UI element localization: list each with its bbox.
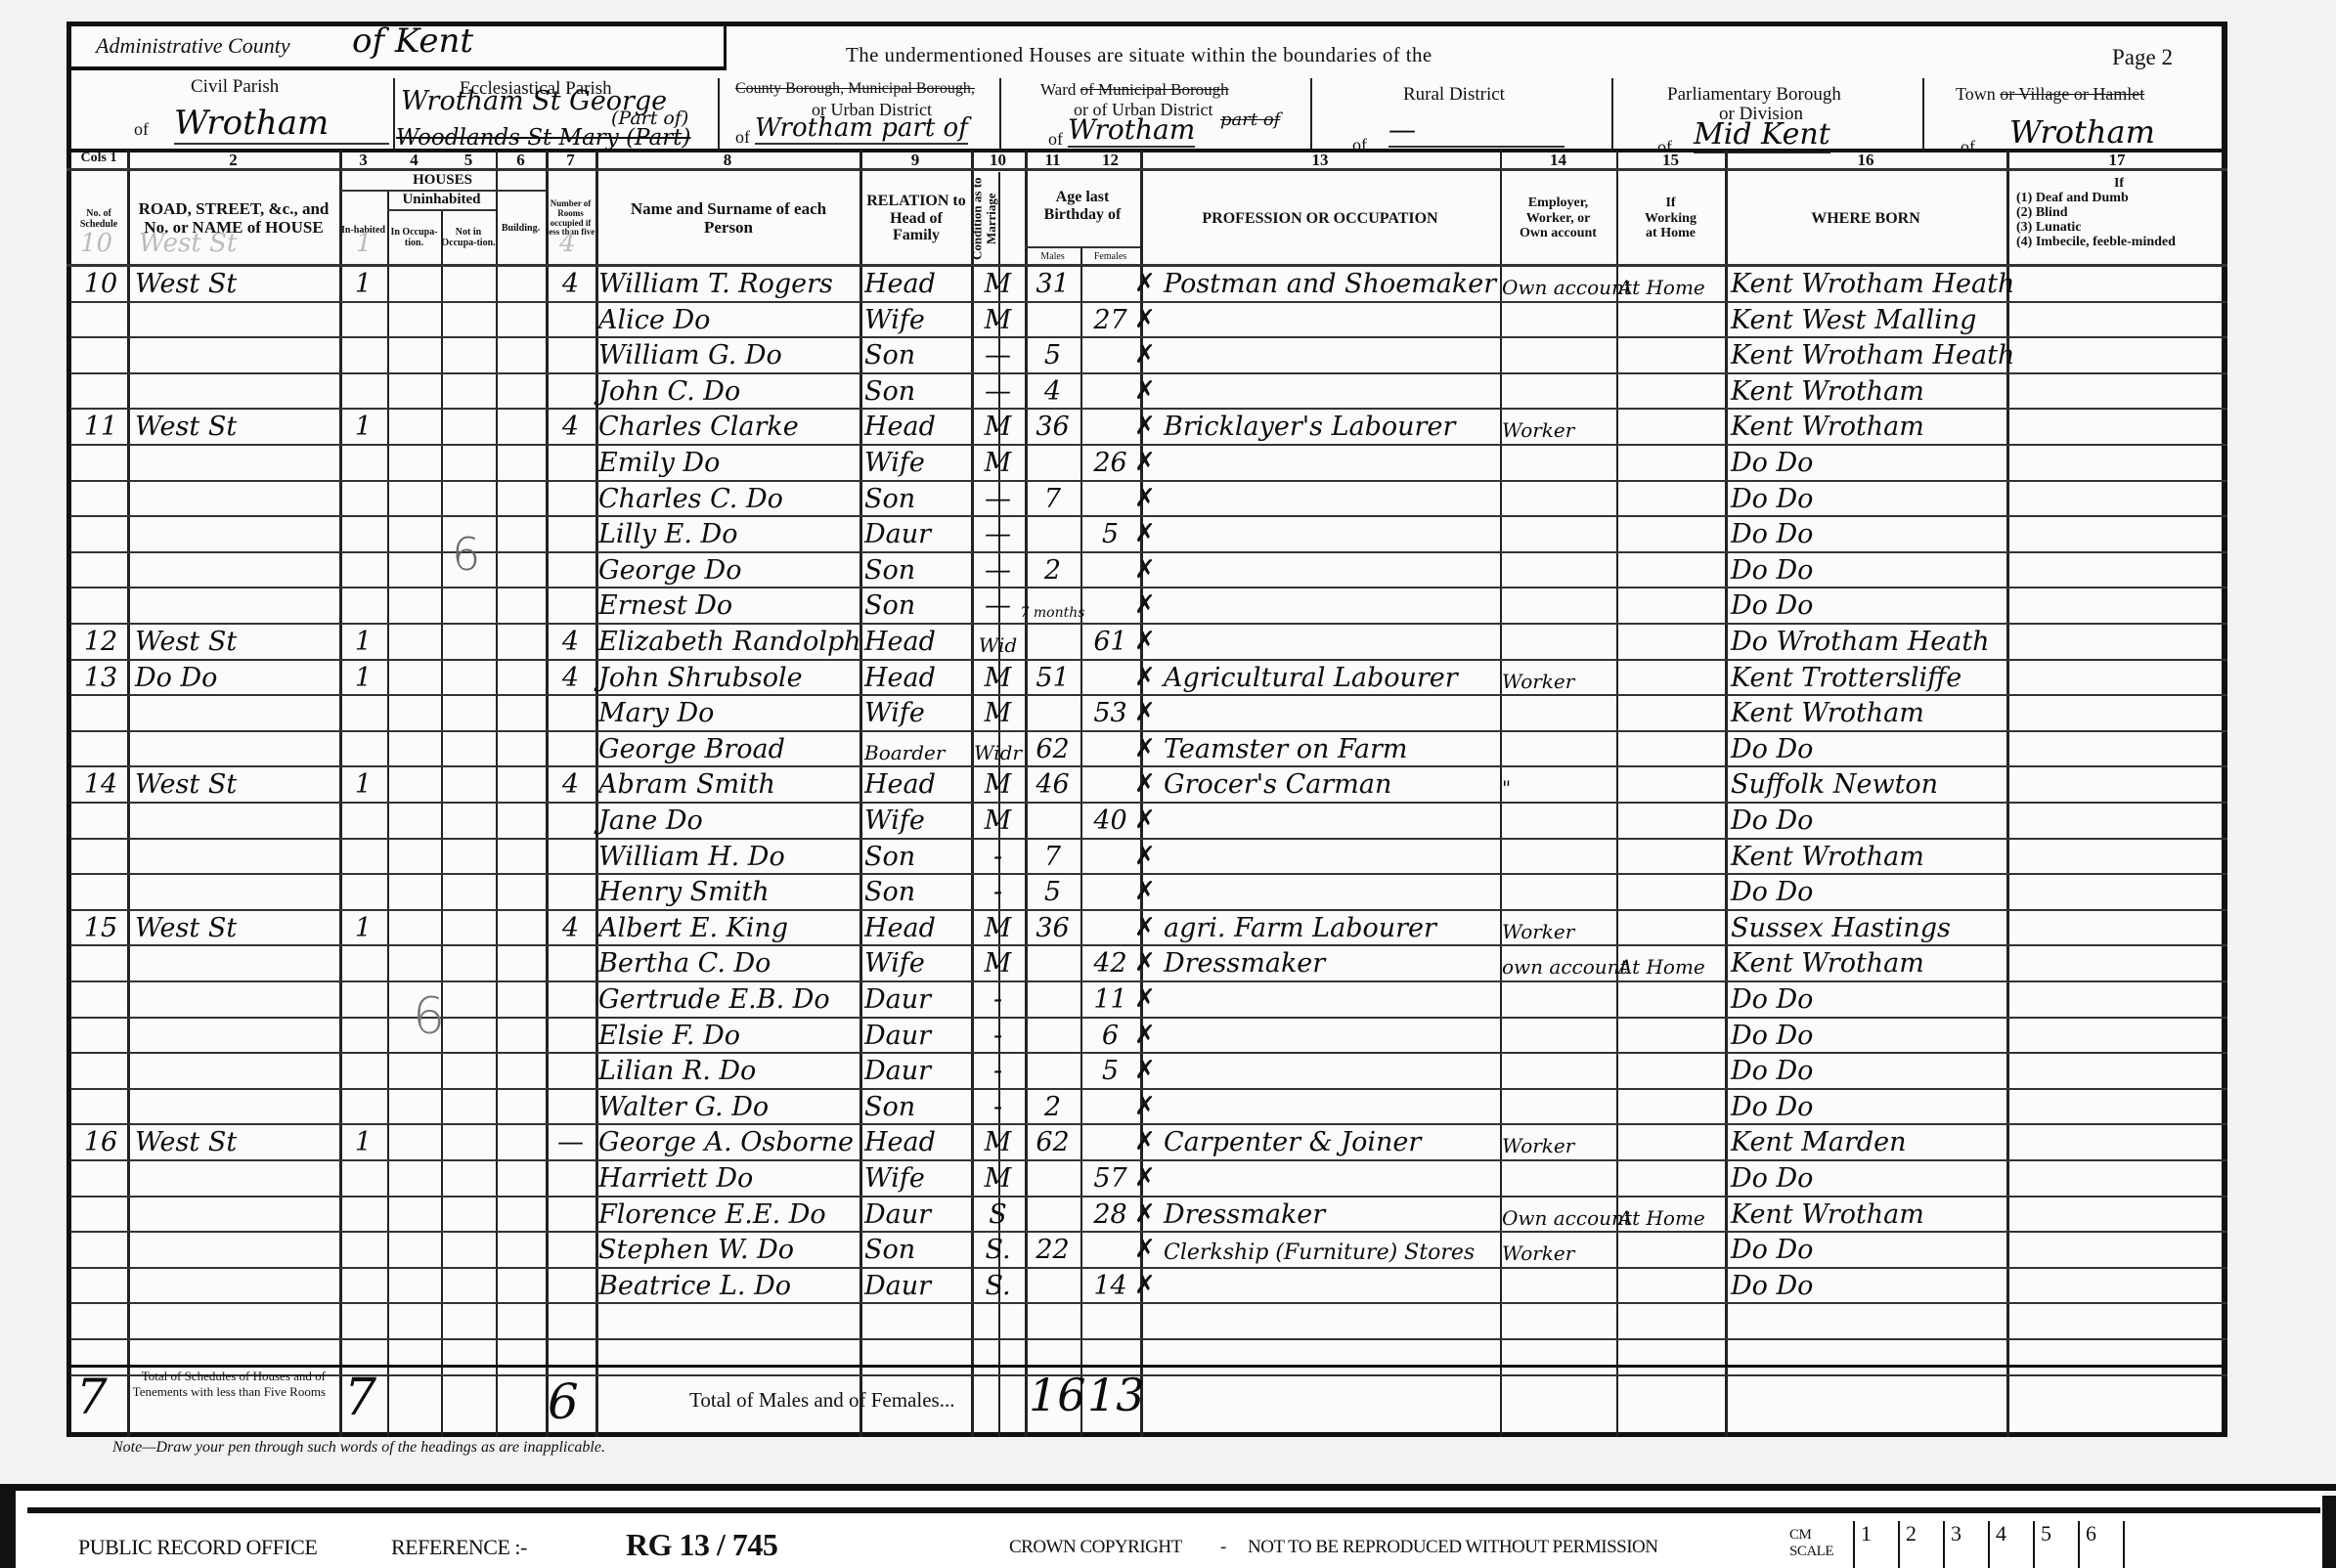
- relation-cell: Son: [864, 551, 972, 588]
- infirmity-3: (3) Lunatic: [2016, 220, 2222, 235]
- scale-tick: 2: [1898, 1521, 1941, 1568]
- road-cell: [135, 551, 335, 588]
- employer-cell: [1502, 730, 1619, 766]
- at-home-cell: [1618, 1267, 1726, 1303]
- where-born-cell: Kent West Malling: [1731, 301, 2006, 337]
- footer-permission: NOT TO BE REPRODUCED WITHOUT PERMISSION: [1248, 1537, 1657, 1558]
- condition-cell: M: [971, 1123, 1025, 1159]
- age-male-cell: 31: [1025, 265, 1080, 301]
- inhabited-cell: 1: [339, 1123, 387, 1159]
- where-born-cell: Kent Wrotham: [1731, 408, 2006, 444]
- inhabited-cell: [339, 1017, 387, 1053]
- name-cell: Lilly E. Do: [598, 515, 860, 551]
- employer-cell: [1502, 1159, 1619, 1196]
- where-born-cell: Kent Wrotham: [1731, 838, 2006, 874]
- tally-mark-icon: ✗: [1134, 484, 1156, 513]
- age-female-cell: [1080, 1231, 1140, 1267]
- road-cell: [135, 980, 335, 1017]
- inhabited-cell: [339, 444, 387, 480]
- relation-cell: Head: [864, 623, 972, 659]
- name-cell: William T. Rogers: [598, 265, 860, 301]
- rooms-cell: [546, 944, 595, 980]
- header-age: Age last Birthday of: [1025, 172, 1140, 240]
- tally-mark-icon: ✗: [1134, 984, 1156, 1014]
- tally-mark-icon: ✗: [1134, 1127, 1156, 1156]
- col-num-8: 8: [595, 151, 859, 168]
- col-num-7: 7: [546, 151, 595, 168]
- rooms-cell: [546, 301, 595, 337]
- relation-cell: Head: [864, 659, 972, 695]
- inhabited-cell: [339, 1159, 387, 1196]
- condition-cell: M: [971, 659, 1025, 695]
- rooms-cell: [546, 515, 595, 551]
- employer-cell: [1502, 1267, 1619, 1303]
- at-home-cell: [1618, 838, 1726, 874]
- employer-cell: [1502, 1088, 1619, 1124]
- schedule-cell: 11: [74, 408, 127, 444]
- totals-rooms-count: 6: [548, 1373, 579, 1430]
- tally-mark-icon: ✗: [1134, 698, 1156, 727]
- condition-cell: M: [971, 1159, 1025, 1196]
- at-home-cell: [1618, 873, 1726, 909]
- rooms-cell: [546, 694, 595, 730]
- divider: [999, 78, 1001, 151]
- scale-tick: 5: [2033, 1521, 2076, 1568]
- age-male-cell: [1025, 944, 1080, 980]
- at-home-cell: [1618, 623, 1726, 659]
- tally-mark-icon: ✗: [1134, 340, 1156, 370]
- relation-cell: Head: [864, 265, 972, 301]
- condition-cell: S.: [971, 1267, 1025, 1303]
- inhabited-cell: [339, 301, 387, 337]
- age-male-cell: 2: [1025, 1088, 1080, 1124]
- condition-cell: M: [971, 694, 1025, 730]
- occupation-cell: Carpenter & Joiner: [1164, 1123, 1496, 1159]
- where-born-cell: Do Do: [1731, 587, 2006, 623]
- tally-mark-icon: ✗: [1134, 1271, 1156, 1300]
- name-cell: Ernest Do: [598, 587, 860, 623]
- name-cell: John C. Do: [598, 372, 860, 409]
- relation-cell: Daur: [864, 1267, 972, 1303]
- ward-label-prefix: Ward: [1040, 80, 1076, 99]
- inhabited-cell: [339, 694, 387, 730]
- town-label: Town or Village or Hamlet: [1956, 84, 2144, 105]
- road-cell: [135, 515, 335, 551]
- footer-left-edge: [0, 1484, 16, 1568]
- name-cell: Florence E.E. Do: [598, 1196, 860, 1232]
- col-num-5: 5: [441, 151, 496, 168]
- scale-label: SCALE: [1789, 1544, 1833, 1560]
- rooms-cell: [546, 1159, 595, 1196]
- header-employer: Employer, Worker, or Own account: [1500, 172, 1616, 265]
- footer-bar-top: [0, 1484, 2336, 1491]
- condition-cell: M: [971, 802, 1025, 838]
- relation-cell: Son: [864, 873, 972, 909]
- condition-cell: M: [971, 408, 1025, 444]
- name-cell: Elizabeth Randolph: [598, 623, 860, 659]
- occupation-cell: [1164, 1267, 1496, 1303]
- name-cell: Mary Do: [598, 694, 860, 730]
- employer-cell: [1502, 551, 1619, 588]
- col-num-17: 17: [2006, 151, 2227, 168]
- employer-cell: Worker: [1502, 1231, 1619, 1267]
- employer-cell: Worker: [1502, 408, 1619, 444]
- note-inapplicable: Note—Draw your pen through such words of…: [112, 1439, 605, 1457]
- inhabited-cell: [339, 730, 387, 766]
- name-cell: Lilian R. Do: [598, 1052, 860, 1088]
- age-male-cell: [1025, 515, 1080, 551]
- condition-cell: M: [971, 265, 1025, 301]
- road-cell: [135, 802, 335, 838]
- footer-copyright: CROWN COPYRIGHT: [1009, 1537, 1182, 1558]
- tally-mark-icon: ✗: [1134, 1163, 1156, 1193]
- road-cell: [135, 873, 335, 909]
- rooms-cell: [546, 1088, 595, 1124]
- age-male-cell: [1025, 1017, 1080, 1053]
- divider: [393, 78, 395, 151]
- inhabited-cell: [339, 372, 387, 409]
- where-born-cell: Do Do: [1731, 515, 2006, 551]
- condition-cell: -: [971, 1088, 1025, 1124]
- schedule-cell: [74, 551, 127, 588]
- condition-cell: M: [971, 444, 1025, 480]
- tally-mark-icon: ✗: [1134, 1021, 1156, 1050]
- occupation-cell: [1164, 551, 1496, 588]
- occupation-cell: [1164, 480, 1496, 516]
- rule: [66, 168, 2227, 171]
- schedule-cell: [74, 838, 127, 874]
- divider: [1611, 78, 1613, 151]
- col-num-16: 16: [1725, 151, 2006, 168]
- relation-cell: Son: [864, 587, 972, 623]
- inhabited-cell: [339, 980, 387, 1017]
- where-born-cell: Kent Marden: [1731, 1123, 2006, 1159]
- scale-tick: 4: [1988, 1521, 2031, 1568]
- totals-females: 13: [1087, 1369, 1145, 1421]
- col-num-2: 2: [127, 151, 339, 168]
- col-num-9: 9: [859, 151, 971, 168]
- at-home-cell: [1618, 1123, 1726, 1159]
- ward-value: Wrotham: [1068, 113, 1195, 148]
- header-working-home: If Working at Home: [1616, 172, 1725, 265]
- tally-mark-icon: ✗: [1134, 448, 1156, 477]
- at-home-cell: [1618, 730, 1726, 766]
- tally-mark-icon: ✗: [1134, 519, 1156, 548]
- rooms-cell: 4: [546, 659, 595, 695]
- road-cell: [135, 336, 335, 372]
- relation-cell: Son: [864, 372, 972, 409]
- condition-cell: —: [971, 336, 1025, 372]
- schedule-cell: 12: [74, 623, 127, 659]
- col-num-1: Cols 1: [70, 151, 127, 168]
- employer-cell: Worker: [1502, 1123, 1619, 1159]
- header-infirmity: If (1) Deaf and Dumb (2) Blind (3) Lunat…: [2016, 176, 2222, 250]
- age-female-cell: 42: [1080, 944, 1140, 980]
- name-cell: William H. Do: [598, 838, 860, 874]
- footer-office: PUBLIC RECORD OFFICE: [78, 1535, 317, 1560]
- tally-mark-icon: ✗: [1134, 555, 1156, 585]
- road-cell: West St: [135, 909, 335, 945]
- occupation-cell: [1164, 301, 1496, 337]
- at-home-cell: At Home: [1618, 1196, 1726, 1232]
- road-cell: [135, 730, 335, 766]
- schedule-cell: 16: [74, 1123, 127, 1159]
- inhabited-cell: 1: [339, 408, 387, 444]
- where-born-cell: Kent Wrotham: [1731, 944, 2006, 980]
- name-cell: Bertha C. Do: [598, 944, 860, 980]
- inhabited-cell: [339, 515, 387, 551]
- at-home-cell: [1618, 659, 1726, 695]
- age-female-cell: [1080, 480, 1140, 516]
- employer-cell: [1502, 587, 1619, 623]
- condition-cell: -: [971, 873, 1025, 909]
- rural-district-value: —: [1388, 113, 1565, 148]
- name-cell: Alice Do: [598, 301, 860, 337]
- relation-cell: Head: [864, 408, 972, 444]
- totals-houses-count: 7: [344, 1369, 376, 1427]
- schedule-cell: [74, 980, 127, 1017]
- where-born-cell: Sussex Hastings: [1731, 909, 2006, 945]
- name-cell: George Do: [598, 551, 860, 588]
- relation-cell: Boarder: [864, 730, 972, 766]
- divider: [1310, 78, 1312, 151]
- employer-cell: [1502, 336, 1619, 372]
- schedule-cell: 14: [74, 765, 127, 802]
- age-male-cell: [1025, 444, 1080, 480]
- condition-cell: S.: [971, 1231, 1025, 1267]
- condition-cell: M: [971, 301, 1025, 337]
- footer-right-edge: [2322, 1496, 2336, 1568]
- tally-mark-icon: ✗: [1134, 1199, 1156, 1229]
- at-home-cell: [1618, 1159, 1726, 1196]
- rooms-cell: [546, 1052, 595, 1088]
- rooms-cell: 4: [546, 909, 595, 945]
- occupation-cell: [1164, 980, 1496, 1017]
- ward-label-struck: of Municipal Borough: [1080, 80, 1229, 99]
- age-female-cell: [1080, 265, 1140, 301]
- where-born-cell: Do Do: [1731, 1052, 2006, 1088]
- road-cell: [135, 301, 335, 337]
- rooms-cell: [546, 838, 595, 874]
- occupation-cell: Teamster on Farm: [1164, 730, 1496, 766]
- age-female-cell: [1080, 336, 1140, 372]
- where-born-cell: Do Do: [1731, 1267, 2006, 1303]
- age-female-cell: [1080, 659, 1140, 695]
- rooms-cell: —: [546, 1123, 595, 1159]
- tally-mark-icon: ✗: [1134, 734, 1156, 763]
- employer-cell: [1502, 694, 1619, 730]
- occupation-cell: Postman and Shoemaker: [1164, 265, 1496, 301]
- inhabited-cell: [339, 802, 387, 838]
- divider: [718, 78, 720, 151]
- ward-value-struck: part of: [1220, 109, 1280, 130]
- occupation-cell: [1164, 372, 1496, 409]
- occupation-cell: Grocer's Carman: [1164, 765, 1496, 802]
- occupation-cell: Agricultural Labourer: [1164, 659, 1496, 695]
- divider: [1922, 78, 1924, 151]
- at-home-cell: [1618, 1017, 1726, 1053]
- where-born-cell: Do Do: [1731, 1159, 2006, 1196]
- relation-cell: Son: [864, 838, 972, 874]
- inhabited-cell: [339, 1231, 387, 1267]
- schedule-cell: [74, 515, 127, 551]
- where-born-cell: Do Do: [1731, 1231, 2006, 1267]
- condition-cell: —: [971, 372, 1025, 409]
- occupation-cell: [1164, 1052, 1496, 1088]
- occupation-cell: [1164, 838, 1496, 874]
- age-female-cell: [1080, 873, 1140, 909]
- header-where-born: WHERE BORN: [1725, 172, 2006, 265]
- inhabited-cell: 1: [339, 265, 387, 301]
- col-num-4: 4: [387, 151, 441, 168]
- age-male-cell: 7: [1025, 480, 1080, 516]
- rooms-cell: [546, 551, 595, 588]
- rooms-cell: [546, 480, 595, 516]
- age-male-cell: 5: [1025, 336, 1080, 372]
- rooms-cell: [546, 802, 595, 838]
- employer-cell: [1502, 838, 1619, 874]
- scale-end: [2123, 1521, 2166, 1568]
- age-female-cell: [1080, 372, 1140, 409]
- relation-cell: Wife: [864, 1159, 972, 1196]
- road-cell: [135, 1052, 335, 1088]
- age-male-cell: 62: [1025, 730, 1080, 766]
- urban-district-value: Wrotham part of: [755, 113, 968, 145]
- age-female-cell: [1080, 1123, 1140, 1159]
- name-cell: Albert E. King: [598, 909, 860, 945]
- rooms-cell: [546, 336, 595, 372]
- at-home-cell: [1618, 444, 1726, 480]
- age-female-cell: 11: [1080, 980, 1140, 1017]
- occupation-cell: [1164, 444, 1496, 480]
- age-male-cell: 22: [1025, 1231, 1080, 1267]
- where-born-cell: Do Do: [1731, 1017, 2006, 1053]
- col-num-11: 11: [1025, 151, 1080, 168]
- infirmity-4: (4) Imbecile, feeble-minded: [2016, 235, 2222, 249]
- pencil-mark-6: 6: [452, 528, 480, 581]
- civil-parish-of: of: [134, 119, 149, 140]
- where-born-cell: Kent Wrotham: [1731, 694, 2006, 730]
- relation-cell: Wife: [864, 802, 972, 838]
- age-male-cell: 36: [1025, 408, 1080, 444]
- condition-cell: Wid: [971, 623, 1025, 659]
- totals-schedules-count: 7: [76, 1369, 108, 1425]
- name-cell: Emily Do: [598, 444, 860, 480]
- age-female-cell: [1080, 730, 1140, 766]
- age-male-cell: [1025, 1196, 1080, 1232]
- ward-label: Ward of Municipal Borough: [1040, 80, 1229, 100]
- at-home-cell: [1618, 980, 1726, 1017]
- relation-cell: Head: [864, 909, 972, 945]
- relation-cell: Wife: [864, 694, 972, 730]
- road-cell: [135, 480, 335, 516]
- road-cell: [135, 372, 335, 409]
- col-num-3: 3: [339, 151, 387, 168]
- schedule-cell: [74, 1088, 127, 1124]
- at-home-cell: [1618, 802, 1726, 838]
- rooms-cell: 4: [546, 265, 595, 301]
- schedule-cell: [74, 1267, 127, 1303]
- inhabited-cell: 1: [339, 909, 387, 945]
- schedule-cell: [74, 372, 127, 409]
- employer-cell: [1502, 301, 1619, 337]
- schedule-cell: 10: [74, 265, 127, 301]
- occupation-cell: [1164, 515, 1496, 551]
- inhabited-cell: [339, 1088, 387, 1124]
- occupation-cell: [1164, 694, 1496, 730]
- tally-mark-icon: ✗: [1134, 269, 1156, 298]
- schedule-cell: 13: [74, 659, 127, 695]
- schedule-cell: [74, 802, 127, 838]
- age-male-cell: [1025, 301, 1080, 337]
- civil-parish-value: Wrotham: [174, 104, 389, 145]
- admin-county-value: of Kent: [352, 22, 473, 61]
- schedule-cell: [74, 1159, 127, 1196]
- road-cell: West St: [135, 765, 335, 802]
- struck-row: 10 West St 1 4: [70, 227, 598, 264]
- inhabited-cell: 1: [339, 623, 387, 659]
- rooms-cell: [546, 980, 595, 1017]
- age-male-cell: [1025, 1159, 1080, 1196]
- employer-cell: [1502, 873, 1619, 909]
- col-num-15: 15: [1616, 151, 1725, 168]
- condition-cell: —: [971, 515, 1025, 551]
- at-home-cell: [1618, 336, 1726, 372]
- occupation-cell: [1164, 587, 1496, 623]
- schedule-cell: [74, 730, 127, 766]
- age-female-cell: [1080, 838, 1140, 874]
- age-female-cell: 27: [1080, 301, 1140, 337]
- relation-cell: Head: [864, 1123, 972, 1159]
- admin-county-label: Administrative County: [96, 33, 290, 59]
- footer-reference-label: REFERENCE :-: [391, 1535, 527, 1560]
- age-female-cell: 6: [1080, 1017, 1140, 1053]
- schedule-cell: [74, 301, 127, 337]
- age-male-cell: 62: [1025, 1123, 1080, 1159]
- rooms-cell: [546, 1267, 595, 1303]
- employer-cell: [1502, 1052, 1619, 1088]
- col-num-10: 10: [971, 151, 1025, 168]
- employer-cell: [1502, 372, 1619, 409]
- name-cell: Walter G. Do: [598, 1088, 860, 1124]
- road-cell: [135, 1017, 335, 1053]
- inhabited-cell: [339, 944, 387, 980]
- name-cell: Beatrice L. Do: [598, 1267, 860, 1303]
- civil-parish-label: Civil Parish: [191, 76, 279, 98]
- employer-cell: Worker: [1502, 659, 1619, 695]
- occupation-cell: [1164, 336, 1496, 372]
- age-female-cell: [1080, 909, 1140, 945]
- age-female-cell: 28: [1080, 1196, 1140, 1232]
- road-cell: West St: [135, 1123, 335, 1159]
- employer-cell: own account: [1502, 944, 1619, 980]
- age-female-cell: 61: [1080, 623, 1140, 659]
- age-female-cell: 57: [1080, 1159, 1140, 1196]
- road-cell: West St: [135, 408, 335, 444]
- where-born-cell: Do Do: [1731, 1088, 2006, 1124]
- condition-cell: —: [971, 587, 1025, 623]
- where-born-cell: Do Wrotham Heath: [1731, 623, 2006, 659]
- parliamentary-label: Parliamentary Borough: [1667, 84, 1841, 106]
- tally-mark-icon: ✗: [1134, 1092, 1156, 1121]
- at-home-cell: [1618, 372, 1726, 409]
- rooms-cell: [546, 444, 595, 480]
- infirmity-2: (2) Blind: [2016, 205, 2222, 220]
- inhabited-cell: 1: [339, 765, 387, 802]
- condition-cell: -: [971, 838, 1025, 874]
- rooms-cell: [546, 730, 595, 766]
- relation-cell: Son: [864, 1088, 972, 1124]
